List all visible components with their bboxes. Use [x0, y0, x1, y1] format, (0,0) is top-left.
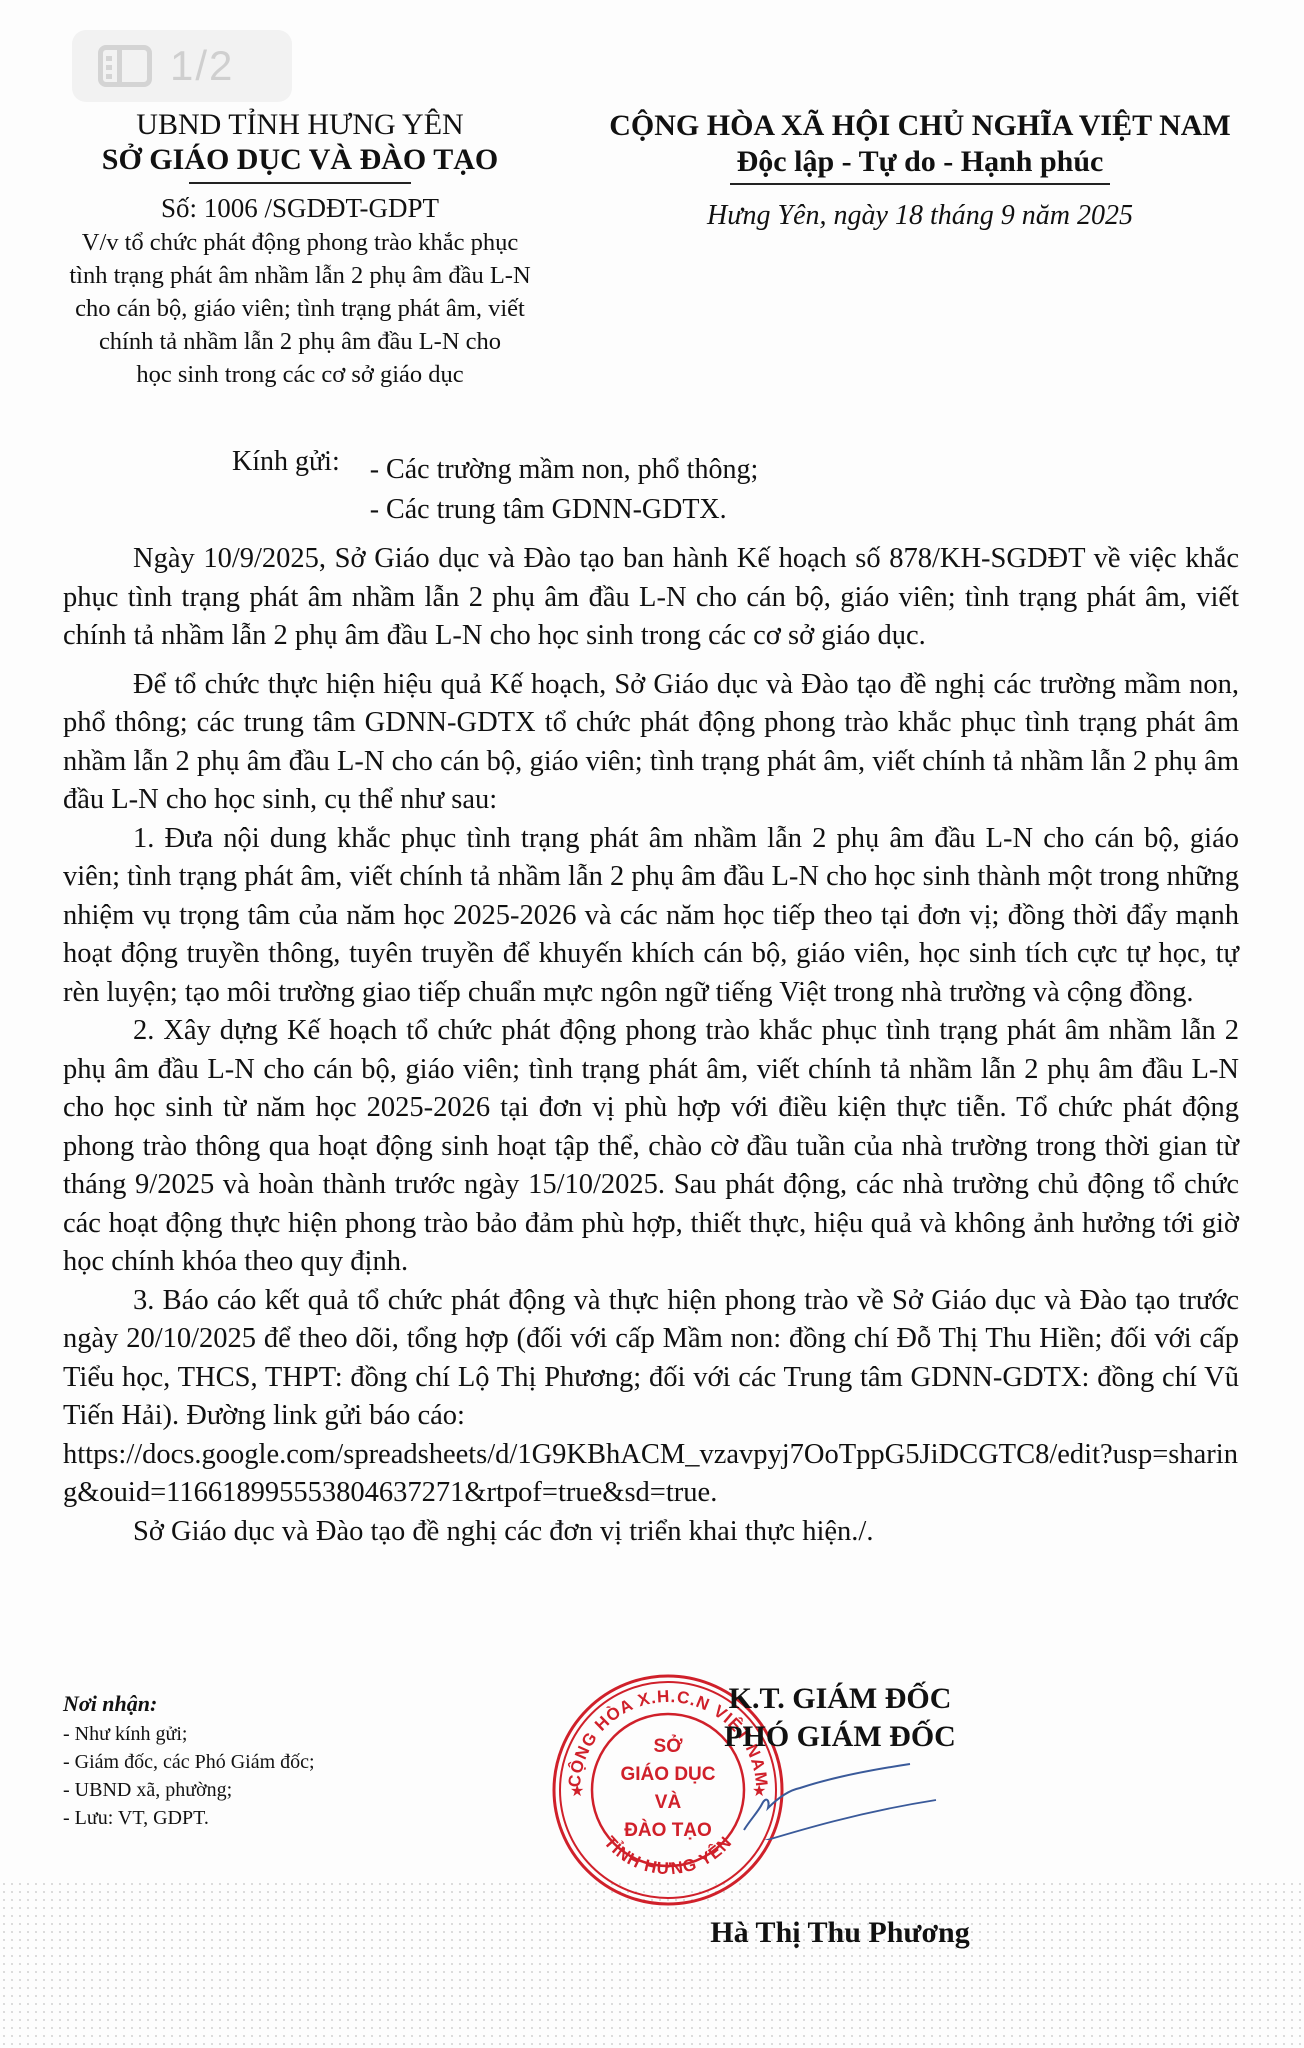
body-item-2: 2. Xây dựng Kế hoạch tổ chức phát động p… — [63, 1012, 1239, 1282]
subject-line: tình trạng phát âm nhầm lẫn 2 phụ âm đầu… — [60, 259, 540, 292]
addressee-item: - Các trường mầm non, phổ thông; — [370, 450, 759, 490]
document-body: Ngày 10/9/2025, Sở Giáo dục và Đào tạo b… — [63, 540, 1239, 1551]
addressees-label: Kính gửi: — [232, 442, 340, 530]
handwritten-signature-icon — [740, 1760, 940, 1840]
signer-name: Hà Thị Thu Phương — [660, 1916, 1020, 1950]
svg-text:GIÁO DỤC: GIÁO DỤC — [621, 1763, 716, 1785]
addressees-list: - Các trường mầm non, phổ thông; - Các t… — [370, 442, 759, 530]
body-paragraph-request: Để tổ chức thực hiện hiệu quả Kế hoạch, … — [63, 666, 1239, 820]
body-item-3: 3. Báo cáo kết quả tổ chức phát động và … — [63, 1282, 1239, 1436]
recipient-item: - Như kính gửi; — [63, 1720, 315, 1748]
place-and-date: Hưng Yên, ngày 18 tháng 9 năm 2025 — [590, 199, 1250, 233]
body-paragraph-intro: Ngày 10/9/2025, Sở Giáo dục và Đào tạo b… — [63, 540, 1239, 656]
national-header: CỘNG HÒA XÃ HỘI CHỦ NGHĨA VIỆT NAM Độc l… — [590, 108, 1250, 233]
svg-text:VÀ: VÀ — [655, 1791, 682, 1813]
body-closing: Sở Giáo dục và Đào tạo đề nghị các đơn v… — [63, 1513, 1239, 1552]
report-link[interactable]: https://docs.google.com/spreadsheets/d/1… — [63, 1436, 1239, 1513]
issuer-header: UBND TỈNH HƯNG YÊN SỞ GIÁO DỤC VÀ ĐÀO TẠ… — [60, 108, 540, 391]
recipients-title: Nơi nhận: — [63, 1688, 315, 1720]
subject-line: V/v tổ chức phát động phong trào khắc ph… — [60, 226, 540, 259]
signature-block: K.T. GIÁM ĐỐC PHÓ GIÁM ĐỐC Hà Thị Thu Ph… — [640, 1680, 1040, 1756]
signer-role-line1: K.T. GIÁM ĐỐC — [640, 1680, 1040, 1718]
header-underline — [189, 182, 411, 184]
recipient-item: - Giám đốc, các Phó Giám đốc; — [63, 1748, 315, 1776]
svg-text:ĐÀO TẠO: ĐÀO TẠO — [624, 1819, 712, 1841]
body-item-1: 1. Đưa nội dung khắc phục tình trạng phá… — [63, 820, 1239, 1013]
recipients-block: Nơi nhận: - Như kính gửi; - Giám đốc, cá… — [63, 1688, 315, 1832]
page-counter: 1/2 — [170, 42, 234, 90]
svg-text:★: ★ — [570, 1781, 584, 1800]
document-number: Số: 1006 /SGDĐT-GDPT — [60, 192, 540, 224]
signer-role-line2: PHÓ GIÁM ĐỐC — [640, 1718, 1040, 1756]
subject-line: học sinh trong các cơ sở giáo dục — [60, 358, 540, 391]
nation-title: CỘNG HÒA XÃ HỘI CHỦ NGHĨA VIỆT NAM — [590, 108, 1250, 144]
recipient-item: - Lưu: VT, GDPT. — [63, 1804, 315, 1832]
page-indicator[interactable]: 1/2 — [72, 30, 292, 102]
document-subject: V/v tổ chức phát động phong trào khắc ph… — [60, 226, 540, 391]
motto-underline — [730, 183, 1110, 185]
addressee-item: - Các trung tâm GDNN-GDTX. — [370, 490, 759, 530]
subject-line: chính tả nhầm lẫn 2 phụ âm đầu L-N cho — [60, 325, 540, 358]
document-page: 1/2 UBND TỈNH HƯNG YÊN SỞ GIÁO DỤC VÀ ĐÀ… — [0, 0, 1304, 2048]
national-motto: Độc lập - Tự do - Hạnh phúc — [590, 144, 1250, 180]
recipient-item: - UBND xã, phường; — [63, 1776, 315, 1804]
sidebar-pages-icon[interactable] — [98, 45, 152, 87]
parent-organization: UBND TỈNH HƯNG YÊN — [60, 108, 540, 142]
subject-line: cho cán bộ, giáo viên; tình trạng phát â… — [60, 292, 540, 325]
addressees: Kính gửi: - Các trường mầm non, phổ thôn… — [232, 442, 758, 530]
issuing-organization: SỞ GIÁO DỤC VÀ ĐÀO TẠO — [60, 142, 540, 178]
